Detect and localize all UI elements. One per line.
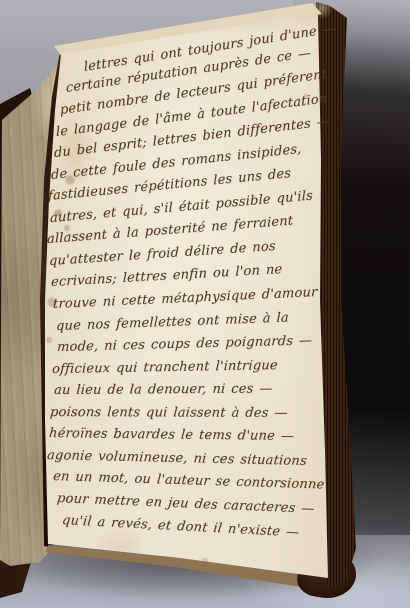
manuscript-line: héroïnes bavardes le tems d'une —: [48, 425, 294, 446]
manuscript-line: poisons lents qui laissent à des —: [49, 404, 288, 423]
manuscript-line: officieux qui tranchent l'intrigue: [52, 357, 279, 379]
manuscript-line: que nos femellettes ont mise à la: [56, 309, 289, 336]
manuscript-text: lettres qui ont toujours joui d'une — ce…: [0, 0, 410, 608]
manuscript-line: agonie volumineuse, ni ces situations: [46, 447, 307, 471]
book-photograph: lettres qui ont toujours joui d'une — ce…: [0, 0, 410, 608]
manuscript-line: mode, ni ces coups des poignards —: [57, 332, 313, 357]
manuscript-line: au lieu de la denouer, ni ces —: [53, 380, 273, 400]
